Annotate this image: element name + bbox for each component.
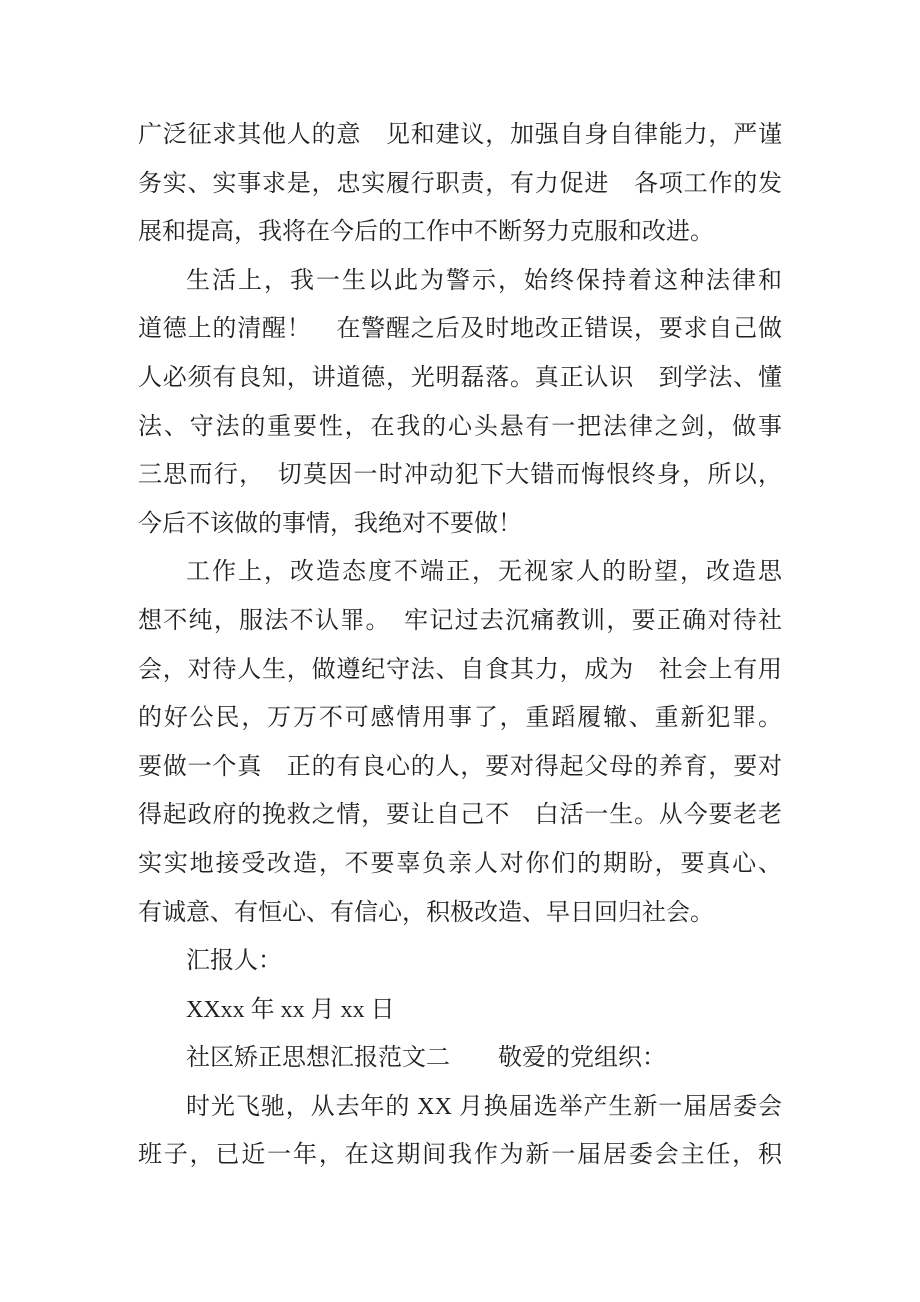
text-line: 实实地接受改造，不要辜负亲人对你们的期盼，要真心、 <box>138 840 782 889</box>
text-line: XXxx 年 xx 月 xx 日 <box>138 986 782 1035</box>
text-line: 法、守法的重要性，在我的心头悬有一把法律之剑，做事 <box>138 403 782 452</box>
text-line: 的好公民，万万不可感情用事了，重蹈履辙、重新犯罪。 <box>138 694 782 743</box>
text-line: 社区矫正思想汇报范文二 敬爱的党组织： <box>138 1034 782 1083</box>
text-line: 想不纯，服法不认罪。 牢记过去沉痛教训，要正确对待社 <box>138 597 782 646</box>
document-page: 广泛征求其他人的意 见和建议，加强自身自律能力，严谨务实、实事求是，忠实履行职责… <box>0 0 920 1302</box>
document-text: 广泛征求其他人的意 见和建议，加强自身自律能力，严谨务实、实事求是，忠实履行职责… <box>0 0 920 1180</box>
text-line: 得起政府的挽救之情，要让自己不 白活一生。从今要老老 <box>138 791 782 840</box>
text-line: 务实、实事求是，忠实履行职责，有力促进 各项工作的发 <box>138 160 782 209</box>
text-line: 工作上，改造态度不端正，无视家人的盼望，改造思 <box>138 548 782 597</box>
text-line: 人必须有良知，讲道德，光明磊落。真正认识 到学法、懂 <box>138 354 782 403</box>
text-line: 汇报人： <box>138 937 782 986</box>
text-line: 三思而行， 切莫因一时冲动犯下大错而悔恨终身，所以， <box>138 451 782 500</box>
text-line: 展和提高，我将在今后的工作中不断努力克服和改进。 <box>138 208 782 257</box>
text-line: 班子，已近一年，在这期间我作为新一届居委会主任，积 <box>138 1131 782 1180</box>
text-line: 道德上的清醒！ 在警醒之后及时地改正错误，要求自己做 <box>138 305 782 354</box>
text-line: 要做一个真 正的有良心的人，要对得起父母的养育，要对 <box>138 743 782 792</box>
text-line: 今后不该做的事情，我绝对不要做！ <box>138 500 782 549</box>
text-line: 生活上，我一生以此为警示，始终保持着这种法律和 <box>138 257 782 306</box>
text-line: 时光飞驰，从去年的 XX 月换届选举产生新一届居委会 <box>138 1083 782 1132</box>
text-line: 会，对待人生，做遵纪守法、自食其力，成为 社会上有用 <box>138 646 782 695</box>
text-line: 有诚意、有恒心、有信心，积极改造、早日回归社会。 <box>138 889 782 938</box>
text-line: 广泛征求其他人的意 见和建议，加强自身自律能力，严谨 <box>138 111 782 160</box>
